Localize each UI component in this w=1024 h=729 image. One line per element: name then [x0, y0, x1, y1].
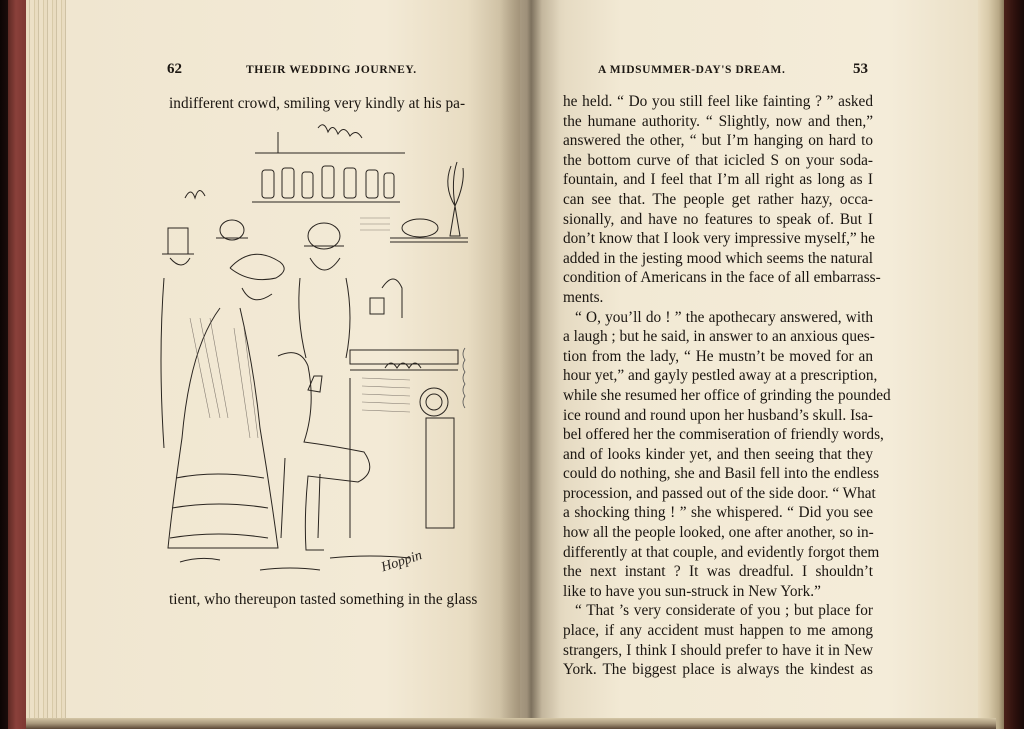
right-text-line-24: differently at that couple, and evidentl… [563, 543, 873, 563]
svg-text:Hoppin: Hoppin [379, 548, 425, 576]
right-text-line-6: can see that. The people get rather hazy… [563, 190, 873, 210]
right-page-body: he held. “ Do you still feel like fainti… [563, 92, 873, 680]
right-text-line-12: “ O, you’ll do ! ” the apothecary answer… [563, 308, 873, 328]
book-cover-right [1004, 0, 1024, 729]
page-edges-right [978, 0, 1004, 729]
right-text-line-22: a shocking thing ! ” she whispered. “ Di… [563, 503, 873, 523]
book-cover-edge [8, 0, 28, 729]
page-bottom-edge [26, 718, 996, 729]
left-page-number: 62 [167, 61, 182, 78]
right-text-line-27: “ That ’s very considerate of you ; but … [563, 601, 873, 621]
right-text-line-1: he held. “ Do you still feel like fainti… [563, 92, 873, 112]
right-text-line-17: ice round and round upon her husband’s s… [563, 406, 873, 426]
right-text-line-5: fountain, and I feel that I’m all right … [563, 170, 873, 190]
right-text-line-8: don’t know that I look very impressive m… [563, 229, 873, 249]
right-text-line-28: place, if any accident must happen to me… [563, 621, 873, 641]
right-text-line-30: York. The biggest place is always the ki… [563, 660, 873, 680]
left-text-line-2: tient, who thereupon tasted something in… [169, 590, 462, 610]
right-text-line-4: the bottom curve of that icicled S on yo… [563, 151, 873, 171]
book-gutter [500, 0, 560, 729]
right-text-line-16: while she resumed her office of grinding… [563, 386, 873, 406]
right-page-number: 53 [853, 61, 868, 78]
right-text-line-11: ments. [563, 288, 873, 308]
left-running-head: THEIR WEDDING JOURNEY. [246, 64, 417, 76]
apothecary-scene-icon: Hoppin [150, 118, 468, 576]
right-text-line-9: added in the jesting mood which seems th… [563, 249, 873, 269]
right-text-line-19: and of looks kinder yet, and then seeing… [563, 445, 873, 465]
right-text-line-29: strangers, I think I should prefer to ha… [563, 641, 873, 661]
right-text-line-18: bel offered her the commiseration of fri… [563, 425, 873, 445]
right-text-line-2: the humane authority. “ Slightly, now an… [563, 112, 873, 132]
right-text-line-25: the next instant ? It was dreadful. I sh… [563, 562, 873, 582]
right-text-line-3: answered the other, “ but I’m hanging on… [563, 131, 873, 151]
right-text-line-7: sionally, and have no features to speak … [563, 210, 873, 230]
right-text-line-23: how all the people looked, one after ano… [563, 523, 873, 543]
right-running-head: A MIDSUMMER-DAY'S DREAM. [598, 64, 785, 76]
right-text-line-21: procession, and passed out of the side d… [563, 484, 873, 504]
right-text-line-26: like to have you sun-struck in New York.… [563, 582, 873, 602]
engraving-illustration: Hoppin [150, 118, 468, 576]
left-text-line-1: indifferent crowd, smiling very kindly a… [169, 94, 462, 114]
right-text-line-10: condition of Americans in the face of al… [563, 268, 873, 288]
right-text-line-13: a laugh ; but he said, in answer to an a… [563, 327, 873, 347]
right-text-line-14: tion from the lady, “ He mustn’t be move… [563, 347, 873, 367]
right-text-line-20: could do nothing, she and Basil fell int… [563, 464, 873, 484]
right-text-line-15: hour yet,” and gayly pestled away at a p… [563, 366, 873, 386]
